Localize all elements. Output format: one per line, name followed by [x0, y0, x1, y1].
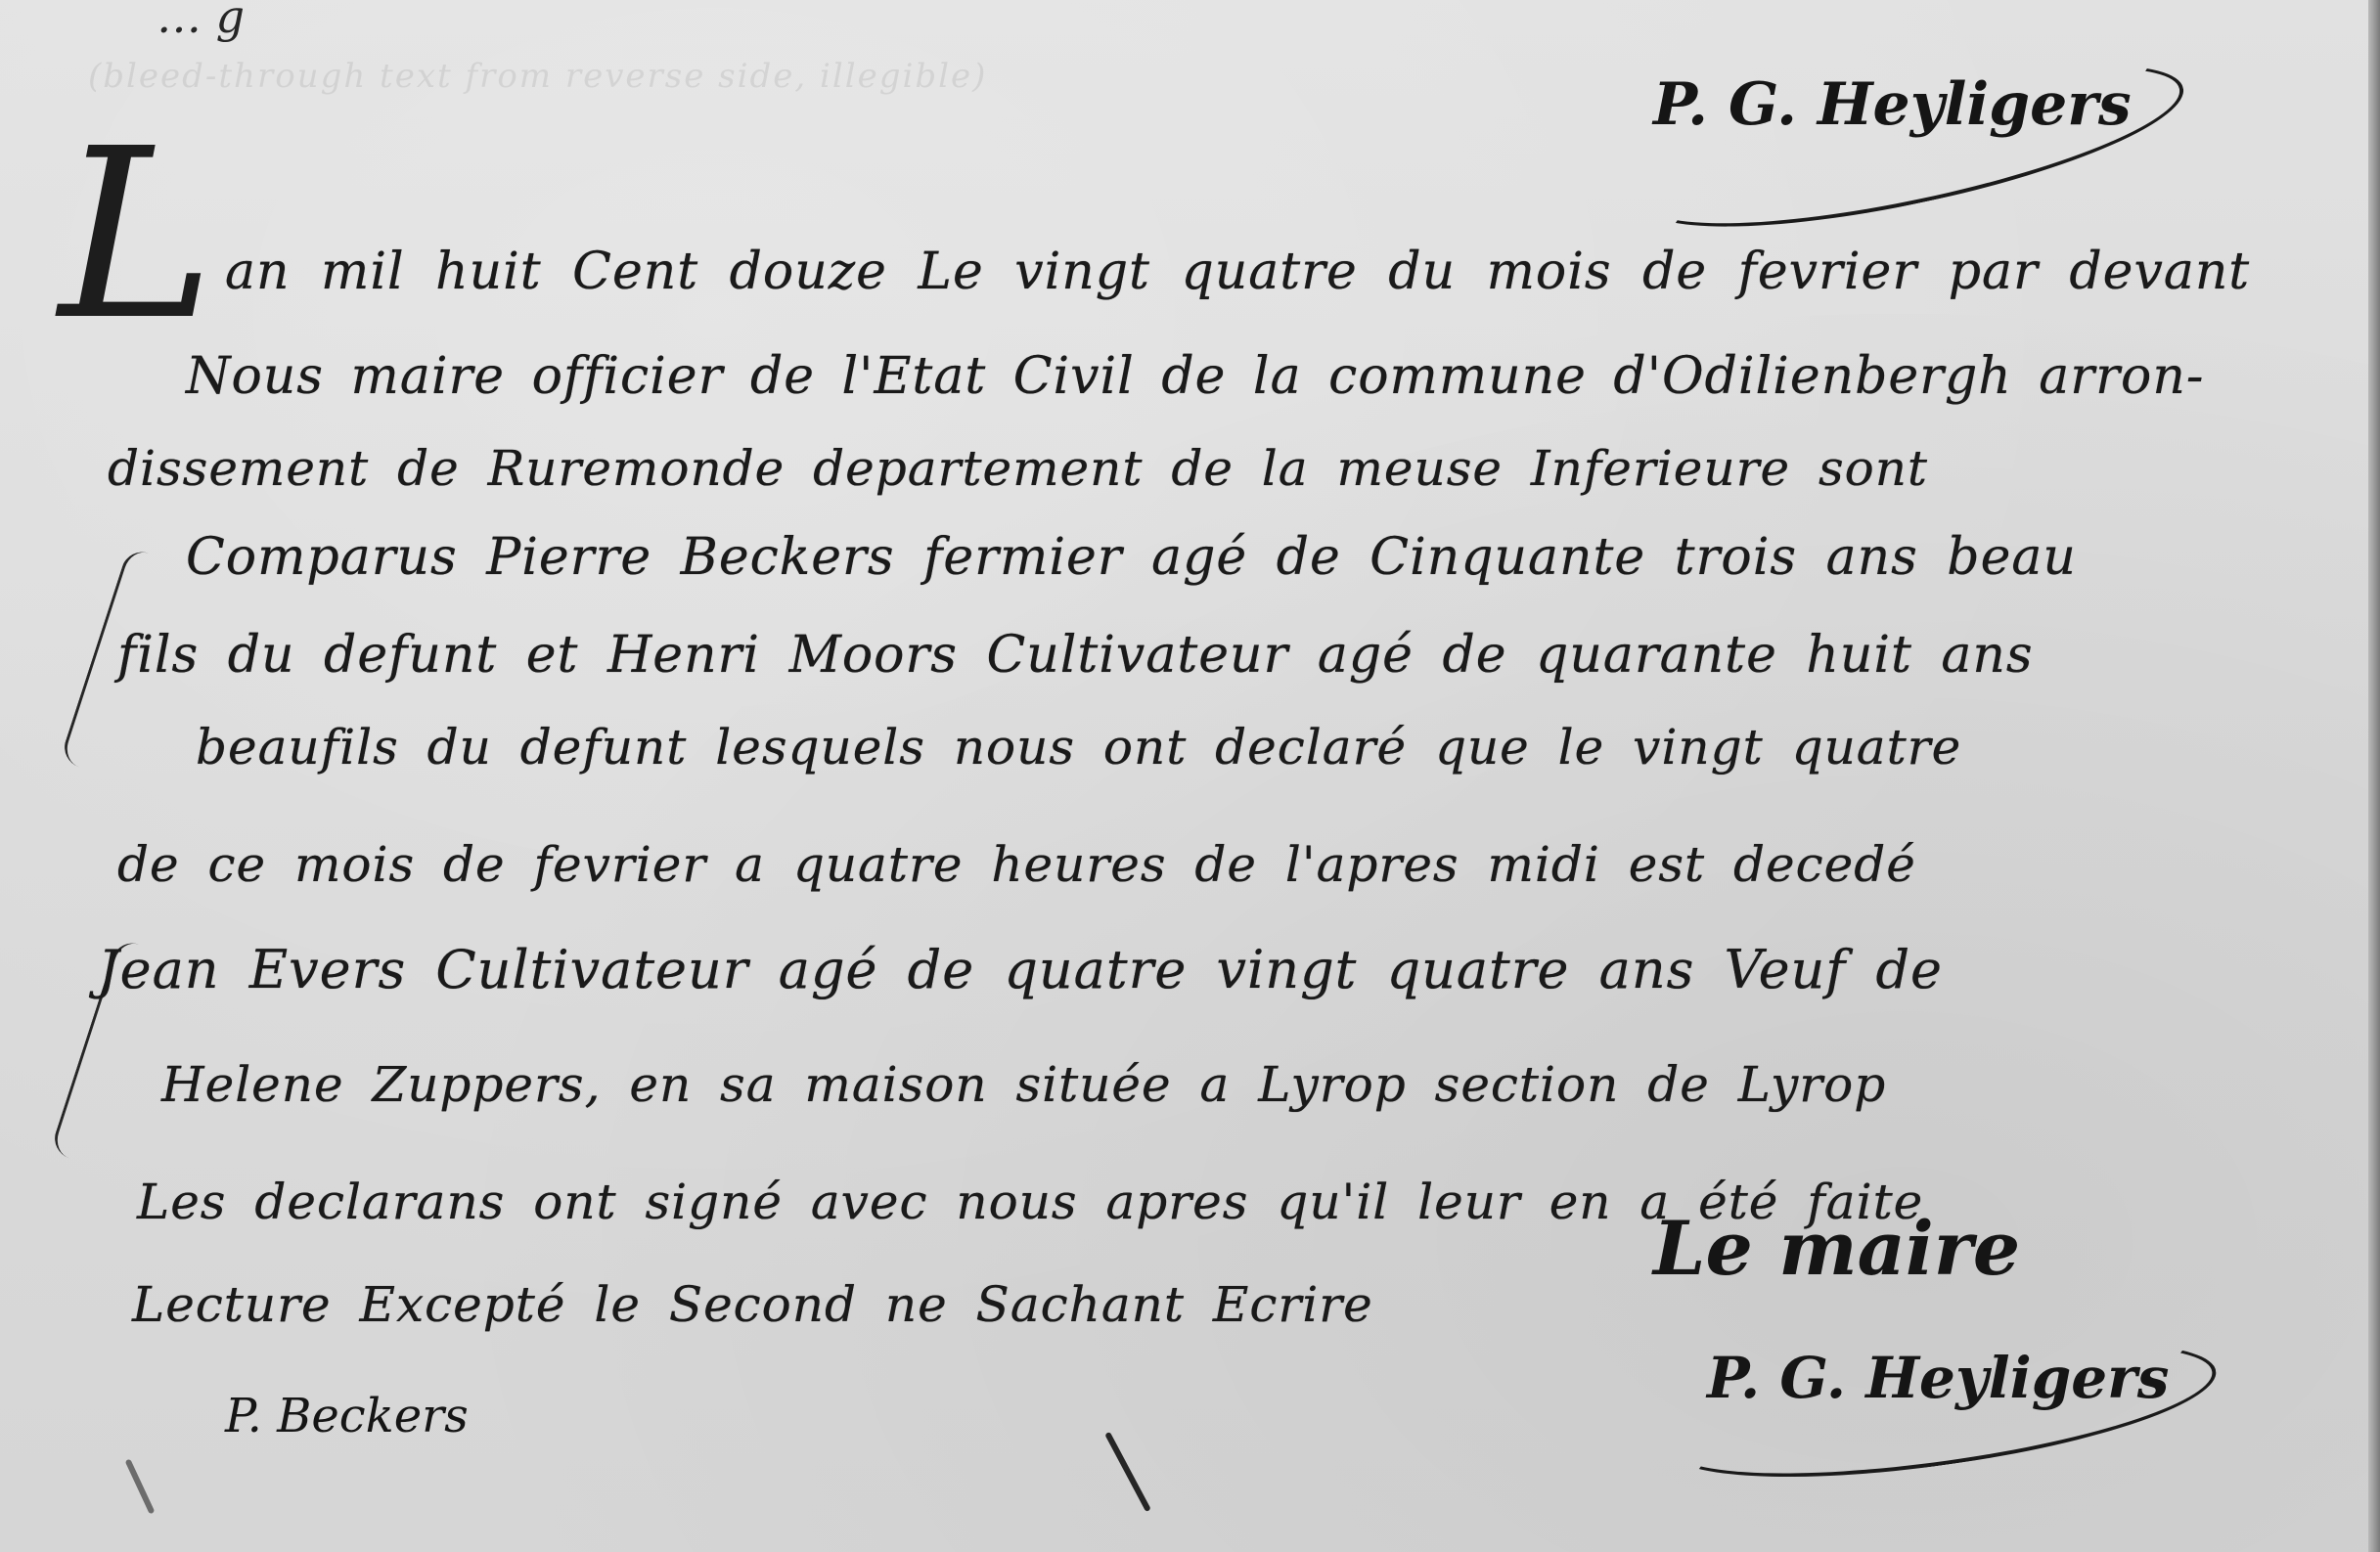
ink-stroke-mark	[1104, 1432, 1151, 1512]
page-edge-shadow	[2368, 0, 2380, 1552]
document-page: (bleed-through text from reverse side, i…	[0, 0, 2380, 1552]
top-fragment-text: … g	[157, 0, 245, 43]
record-line-1: an mil huit Cent douze Le vingt quatre d…	[225, 243, 2250, 301]
record-line-3: dissement de Ruremonde departement de la…	[108, 440, 1928, 497]
record-line-6: beaufils du defunt lesquels nous ont dec…	[196, 719, 1961, 776]
record-line-11: Lecture Excepté le Second ne Sachant Ecr…	[132, 1276, 1373, 1333]
bleed-through-text: (bleed-through text from reverse side, i…	[88, 57, 1506, 96]
record-line-7: de ce mois de fevrier a quatre heures de…	[117, 836, 1916, 893]
record-line-5: fils du defunt et Henri Moors Cultivateu…	[117, 626, 2034, 685]
ink-stroke-mark	[125, 1459, 156, 1515]
mayor-mark-signature: Le maire	[1653, 1205, 2020, 1292]
decorative-initial: L	[59, 117, 214, 352]
declarant-signature: P. Beckers	[225, 1389, 469, 1443]
top-signature-flourish	[1628, 31, 2195, 260]
record-line-4: Comparus Pierre Beckers fermier agé de C…	[186, 528, 2077, 587]
record-line-2: Nous maire officier de l'Etat Civil de l…	[186, 347, 2204, 406]
record-line-8: Jean Evers Cultivateur agé de quatre vin…	[98, 939, 1943, 1000]
record-line-9: Helene Zuppers, en sa maison située a Ly…	[161, 1056, 1886, 1113]
